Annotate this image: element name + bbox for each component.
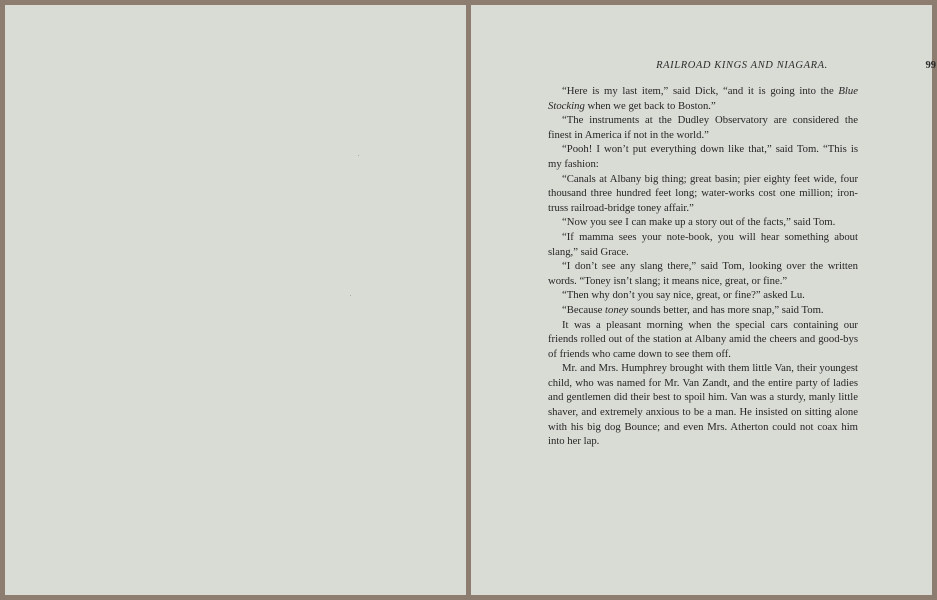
italic-text: Blue Stocking — [548, 85, 858, 112]
running-head: RAILROAD KINGS AND NIAGARA. 99 — [548, 60, 936, 74]
running-head-title: RAILROAD KINGS AND NIAGARA. — [548, 60, 936, 71]
paragraph: “Pooh! I won’t put everything down like … — [548, 142, 858, 171]
paragraph: “If mamma sees your note-book, you will … — [548, 230, 858, 259]
paragraph: “Now you see I can make up a story out o… — [548, 215, 858, 230]
paragraph: It was a pleasant morning when the speci… — [548, 318, 858, 362]
italic-text: toney — [605, 304, 628, 316]
paragraph: “Then why don’t you say nice, great, or … — [548, 288, 858, 303]
paragraph: “Canals at Albany big thing; great basin… — [548, 172, 858, 216]
paragraph: Mr. and Mrs. Humphrey brought with them … — [548, 361, 858, 449]
paper-speck — [358, 155, 359, 156]
left-page-blank — [5, 5, 466, 595]
right-page: RAILROAD KINGS AND NIAGARA. 99 “Here is … — [471, 5, 932, 595]
paragraph: “The instruments at the Dudley Observato… — [548, 113, 858, 142]
paragraph: “I don’t see any slang there,” said Tom,… — [548, 259, 858, 288]
page-body-text: “Here is my last item,” said Dick, “and … — [548, 84, 858, 449]
paper-speck — [350, 295, 351, 296]
paragraph: “Here is my last item,” said Dick, “and … — [548, 84, 858, 113]
paragraph: “Because toney sounds better, and has mo… — [548, 303, 858, 318]
page-number: 99 — [926, 60, 937, 71]
